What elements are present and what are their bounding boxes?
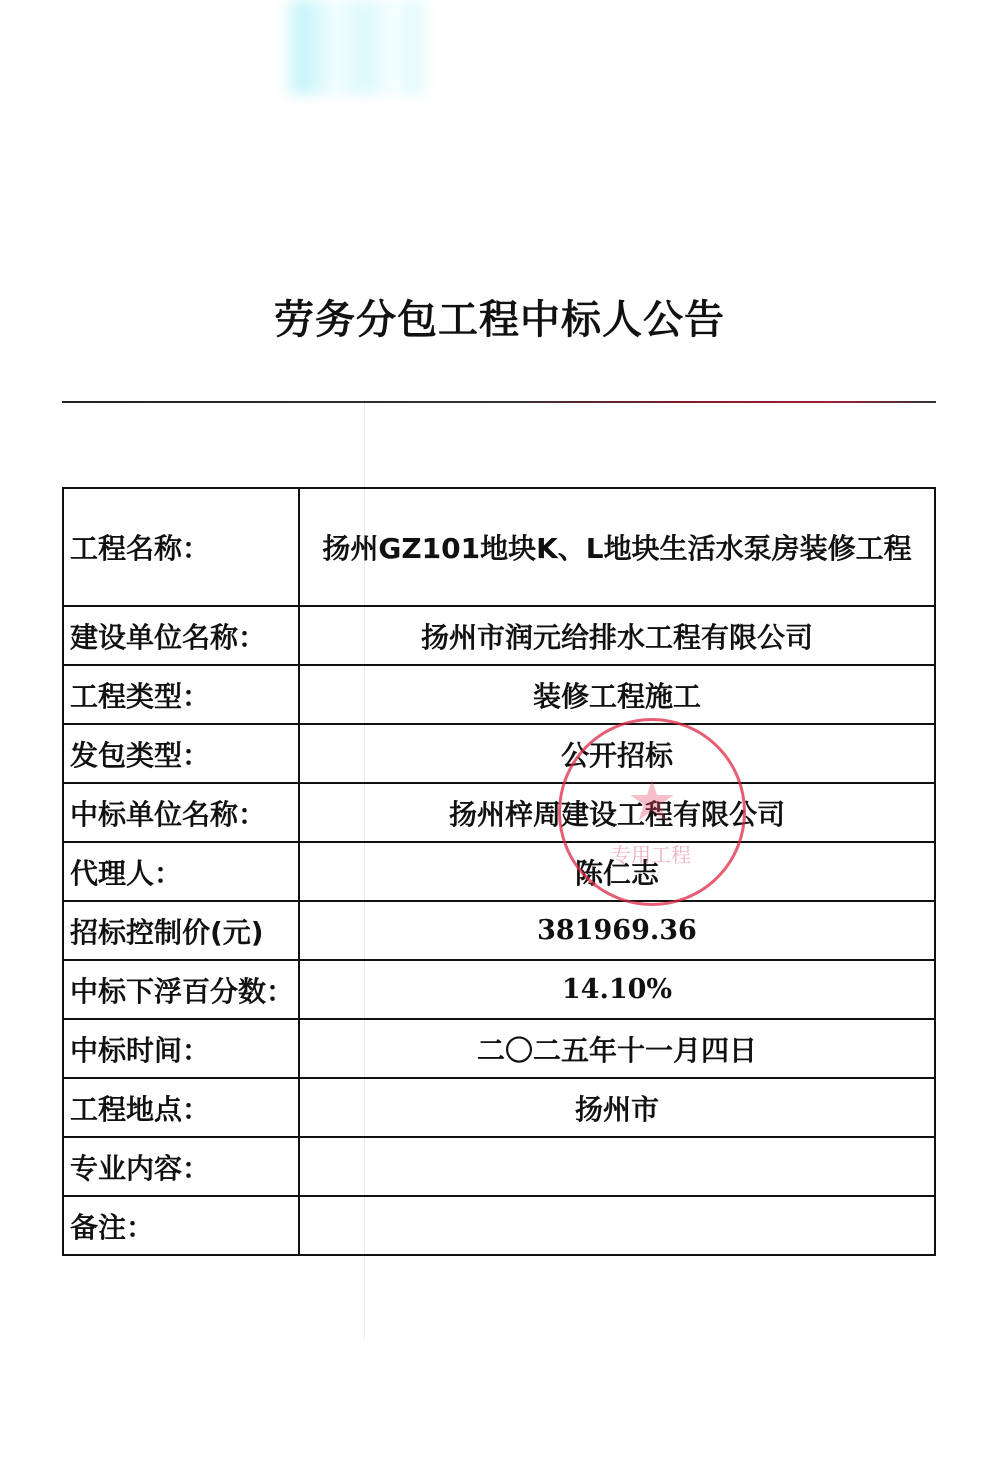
label-owner: 建设单位名称： [63,606,299,665]
award-notice-table: 工程名称： 扬州GZ101地块K、L地块生活水泵房装修工程 建设单位名称： 扬州… [62,487,936,1256]
value-award-date: 二〇二五年十一月四日 [299,1019,935,1078]
table-row-specialty: 专业内容： [63,1137,935,1196]
value-agent: 陈仁志 [299,842,935,901]
table-row-award-date: 中标时间： 二〇二五年十一月四日 [63,1019,935,1078]
label-winner: 中标单位名称： [63,783,299,842]
table-row-contract-type: 发包类型： 公开招标 [63,724,935,783]
label-project-type: 工程类型： [63,665,299,724]
label-specialty: 专业内容： [63,1137,299,1196]
label-project-name: 工程名称： [63,488,299,606]
table-row-project-type: 工程类型： 装修工程施工 [63,665,935,724]
table-row-remarks: 备注： [63,1196,935,1255]
value-contract-type: 公开招标 [299,724,935,783]
label-agent: 代理人： [63,842,299,901]
label-location: 工程地点： [63,1078,299,1137]
scan-artifact [282,0,432,95]
table-row-winner: 中标单位名称： 扬州梓周建设工程有限公司 [63,783,935,842]
table-row-discount: 中标下浮百分数： 14.10% [63,960,935,1019]
label-contract-type: 发包类型： [63,724,299,783]
value-location: 扬州市 [299,1078,935,1137]
value-specialty [299,1137,935,1196]
label-control-price: 招标控制价(元) [63,901,299,960]
value-control-price: 381969.36 [299,901,935,960]
value-winner: 扬州梓周建设工程有限公司 [299,783,935,842]
label-remarks: 备注： [63,1196,299,1255]
value-remarks [299,1196,935,1255]
label-award-date: 中标时间： [63,1019,299,1078]
value-project-name: 扬州GZ101地块K、L地块生活水泵房装修工程 [299,488,935,606]
table-row-project-name: 工程名称： 扬州GZ101地块K、L地块生活水泵房装修工程 [63,488,935,606]
value-owner: 扬州市润元给排水工程有限公司 [299,606,935,665]
table-row-agent: 代理人： 陈仁志 [63,842,935,901]
value-discount: 14.10% [299,960,935,1019]
value-project-type: 装修工程施工 [299,665,935,724]
label-discount: 中标下浮百分数： [63,960,299,1019]
page-title: 劳务分包工程中标人公告 [0,288,999,345]
table-row-owner: 建设单位名称： 扬州市润元给排水工程有限公司 [63,606,935,665]
table-row-control-price: 招标控制价(元) 381969.36 [63,901,935,960]
table-row-location: 工程地点： 扬州市 [63,1078,935,1137]
title-divider [62,401,936,403]
